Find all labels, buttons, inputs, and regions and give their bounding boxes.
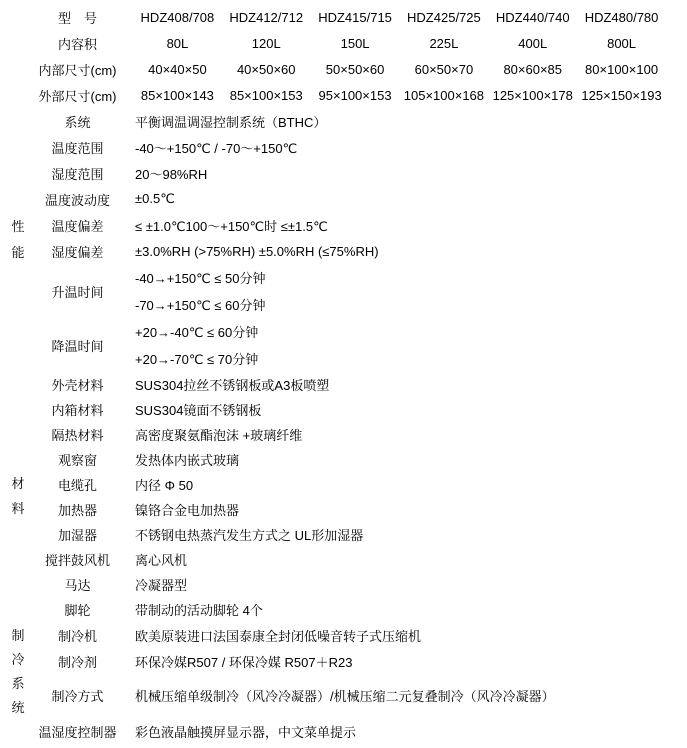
row-value: ≤ ±1.0℃100～+150℃时 ≤±1.5℃ bbox=[125, 216, 687, 235]
row-value: 带制动的活动脚轮 4个 bbox=[125, 600, 687, 619]
row-label: 外部尺寸(cm) bbox=[30, 86, 125, 105]
spec-row-cable-hole: 电缆孔 内径 Φ 50 bbox=[0, 472, 687, 497]
row-value: ±0.5℃ bbox=[125, 191, 687, 207]
row-label: 降温时间 bbox=[30, 336, 125, 355]
row-label: 内容积 bbox=[30, 34, 125, 53]
spec-row-temperature-fluctuation: 温度波动度 ±0.5℃ bbox=[0, 186, 687, 212]
row-label: 外壳材料 bbox=[30, 375, 125, 394]
value-line: -40→+150℃ ≤ 50分钟 bbox=[135, 268, 687, 287]
model-cell: HDZ412/712 bbox=[222, 10, 311, 25]
spec-row-casters: 脚轮 带制动的活动脚轮 4个 bbox=[0, 597, 687, 622]
row-value: 冷凝器型 bbox=[125, 575, 687, 594]
row-cells: HDZ408/708 HDZ412/712 HDZ415/715 HDZ425/… bbox=[133, 10, 666, 25]
spec-sheet: 性能 材料 制冷系统 型 号 HDZ408/708 HDZ412/712 HDZ… bbox=[0, 0, 687, 748]
table-row-volume: 内容积 80L 120L 150L 225L 400L 800L bbox=[0, 30, 687, 56]
inner-dim-cell: 80×100×100 bbox=[577, 62, 666, 77]
row-value: 环保冷媒R507 / 环保冷媒 R507＋R23 bbox=[125, 652, 687, 671]
row-value: 机械压缩单级制冷（风冷冷凝器）/机械压缩二元复叠制冷（风冷冷凝器） bbox=[125, 686, 687, 705]
row-label: 隔热材料 bbox=[30, 425, 125, 444]
row-label: 内箱材料 bbox=[30, 400, 125, 419]
spec-row-system: 系统 平衡调温调湿控制系统（BTHC） bbox=[0, 108, 687, 134]
row-label: 温度偏差 bbox=[30, 216, 125, 235]
group-label-refrigeration-system: 制冷系统 bbox=[10, 624, 26, 720]
row-cells: 40×40×50 40×50×60 50×50×60 60×50×70 80×6… bbox=[133, 62, 666, 77]
row-label: 观察窗 bbox=[30, 450, 125, 469]
row-value: 彩色液晶触摸屏显示器，中文菜单提示 bbox=[125, 722, 687, 741]
row-label: 内部尺寸(cm) bbox=[30, 60, 125, 79]
spec-row-temperature-deviation: 温度偏差 ≤ ±1.0℃100～+150℃时 ≤±1.5℃ bbox=[0, 212, 687, 238]
row-value: 发热体内嵌式玻璃 bbox=[125, 450, 687, 469]
row-value: 20～98%RH bbox=[125, 164, 687, 183]
value-line: +20→-70℃ ≤ 70分钟 bbox=[135, 349, 687, 368]
row-label: 温度波动度 bbox=[30, 190, 125, 209]
row-label: 湿度偏差 bbox=[30, 242, 125, 261]
spec-row-cooldown-time: 降温时间 +20→-40℃ ≤ 60分钟 +20→-70℃ ≤ 70分钟 bbox=[0, 318, 687, 372]
row-label: 温湿度控制器 bbox=[30, 722, 125, 741]
row-label: 系统 bbox=[30, 112, 125, 131]
table-row-outer-dimensions: 外部尺寸(cm) 85×100×143 85×100×153 95×100×15… bbox=[0, 82, 687, 108]
row-label: 型 号 bbox=[30, 8, 125, 27]
spec-row-shell-material: 外壳材料 SUS304拉丝不锈钢板或A3板喷塑 bbox=[0, 372, 687, 397]
row-value: 平衡调温调湿控制系统（BTHC） bbox=[125, 112, 687, 131]
row-value: 内径 Φ 50 bbox=[125, 475, 687, 494]
row-value: SUS304拉丝不锈钢板或A3板喷塑 bbox=[125, 375, 687, 394]
model-cell: HDZ480/780 bbox=[577, 10, 666, 25]
row-label: 马达 bbox=[30, 575, 125, 594]
spec-row-refrigeration-method: 制冷方式 机械压缩单级制冷（风冷冷凝器）/机械压缩二元复叠制冷（风冷冷凝器） bbox=[0, 674, 687, 716]
outer-dim-cell: 125×100×178 bbox=[488, 88, 577, 103]
spec-row-temp-humidity-controller: 温湿度控制器 彩色液晶触摸屏显示器，中文菜单提示 bbox=[0, 716, 687, 746]
spec-row-humidity-deviation: 湿度偏差 ±3.0%RH (>75%RH) ±5.0%RH (≤75%RH) bbox=[0, 238, 687, 264]
outer-dim-cell: 95×100×153 bbox=[311, 88, 400, 103]
outer-dim-cell: 85×100×153 bbox=[222, 88, 311, 103]
spec-row-viewing-window: 观察窗 发热体内嵌式玻璃 bbox=[0, 447, 687, 472]
row-label: 温度范围 bbox=[30, 138, 125, 157]
volume-cell: 400L bbox=[488, 36, 577, 51]
spec-row-temperature-range: 温度范围 -40～+150℃ / -70～+150℃ bbox=[0, 134, 687, 160]
spec-row-humidifier: 加湿器 不锈钢电热蒸汽发生方式之 UL形加湿器 bbox=[0, 522, 687, 547]
outer-dim-cell: 85×100×143 bbox=[133, 88, 222, 103]
group-label-performance: 性能 bbox=[10, 214, 26, 266]
inner-dim-cell: 60×50×70 bbox=[399, 62, 488, 77]
row-value: -40～+150℃ / -70～+150℃ bbox=[125, 138, 687, 157]
spec-row-refrigerant: 制冷剂 环保冷媒R507 / 环保冷媒 R507＋R23 bbox=[0, 648, 687, 674]
row-value: 不锈钢电热蒸汽发生方式之 UL形加湿器 bbox=[125, 525, 687, 544]
table-row-inner-dimensions: 内部尺寸(cm) 40×40×50 40×50×60 50×50×60 60×5… bbox=[0, 56, 687, 82]
value-line: -70→+150℃ ≤ 60分钟 bbox=[135, 295, 687, 314]
row-label: 湿度范围 bbox=[30, 164, 125, 183]
model-cell: HDZ425/725 bbox=[399, 10, 488, 25]
row-label: 搅拌鼓风机 bbox=[30, 550, 125, 569]
row-value: 离心风机 bbox=[125, 550, 687, 569]
row-value: -40→+150℃ ≤ 50分钟 -70→+150℃ ≤ 60分钟 bbox=[125, 264, 687, 318]
row-value: +20→-40℃ ≤ 60分钟 +20→-70℃ ≤ 70分钟 bbox=[125, 318, 687, 372]
table-row-model: 型 号 HDZ408/708 HDZ412/712 HDZ415/715 HDZ… bbox=[0, 4, 687, 30]
row-label: 制冷机 bbox=[30, 626, 125, 645]
inner-dim-cell: 40×40×50 bbox=[133, 62, 222, 77]
row-value: 镍铬合金电加热器 bbox=[125, 500, 687, 519]
spec-row-circulation-fan: 搅拌鼓风机 离心风机 bbox=[0, 547, 687, 572]
row-label: 脚轮 bbox=[30, 600, 125, 619]
volume-cell: 80L bbox=[133, 36, 222, 51]
row-value: 欧美原装进口法国泰康全封闭低噪音转子式压缩机 bbox=[125, 626, 687, 645]
inner-dim-cell: 80×60×85 bbox=[488, 62, 577, 77]
volume-cell: 120L bbox=[222, 36, 311, 51]
row-label: 加湿器 bbox=[30, 525, 125, 544]
model-cell: HDZ415/715 bbox=[311, 10, 400, 25]
spec-row-insulation-material: 隔热材料 高密度聚氨酯泡沫 +玻璃纤维 bbox=[0, 422, 687, 447]
row-label: 升温时间 bbox=[30, 282, 125, 301]
volume-cell: 800L bbox=[577, 36, 666, 51]
row-value: 高密度聚氨酯泡沫 +玻璃纤维 bbox=[125, 425, 687, 444]
model-cell: HDZ408/708 bbox=[133, 10, 222, 25]
outer-dim-cell: 125×150×193 bbox=[577, 88, 666, 103]
row-label: 制冷方式 bbox=[30, 686, 125, 705]
row-cells: 80L 120L 150L 225L 400L 800L bbox=[133, 36, 666, 51]
spec-row-inner-box-material: 内箱材料 SUS304镜面不锈钢板 bbox=[0, 397, 687, 422]
spec-row-humidity-range: 湿度范围 20～98%RH bbox=[0, 160, 687, 186]
volume-cell: 225L bbox=[399, 36, 488, 51]
spec-row-motor: 马达 冷凝器型 bbox=[0, 572, 687, 597]
inner-dim-cell: 50×50×60 bbox=[311, 62, 400, 77]
row-cells: 85×100×143 85×100×153 95×100×153 105×100… bbox=[133, 88, 666, 103]
model-cell: HDZ440/740 bbox=[488, 10, 577, 25]
group-label-materials: 材料 bbox=[10, 471, 26, 521]
value-line: +20→-40℃ ≤ 60分钟 bbox=[135, 322, 687, 341]
row-value: ±3.0%RH (>75%RH) ±5.0%RH (≤75%RH) bbox=[125, 244, 687, 259]
row-label: 电缆孔 bbox=[30, 475, 125, 494]
outer-dim-cell: 105×100×168 bbox=[399, 88, 488, 103]
row-label: 制冷剂 bbox=[30, 652, 125, 671]
spec-row-heatup-time: 升温时间 -40→+150℃ ≤ 50分钟 -70→+150℃ ≤ 60分钟 bbox=[0, 264, 687, 318]
volume-cell: 150L bbox=[311, 36, 400, 51]
inner-dim-cell: 40×50×60 bbox=[222, 62, 311, 77]
spec-row-heater: 加热器 镍铬合金电加热器 bbox=[0, 497, 687, 522]
spec-row-refrigerator: 制冷机 欧美原装进口法国泰康全封闭低噪音转子式压缩机 bbox=[0, 622, 687, 648]
row-value: SUS304镜面不锈钢板 bbox=[125, 400, 687, 419]
row-label: 加热器 bbox=[30, 500, 125, 519]
